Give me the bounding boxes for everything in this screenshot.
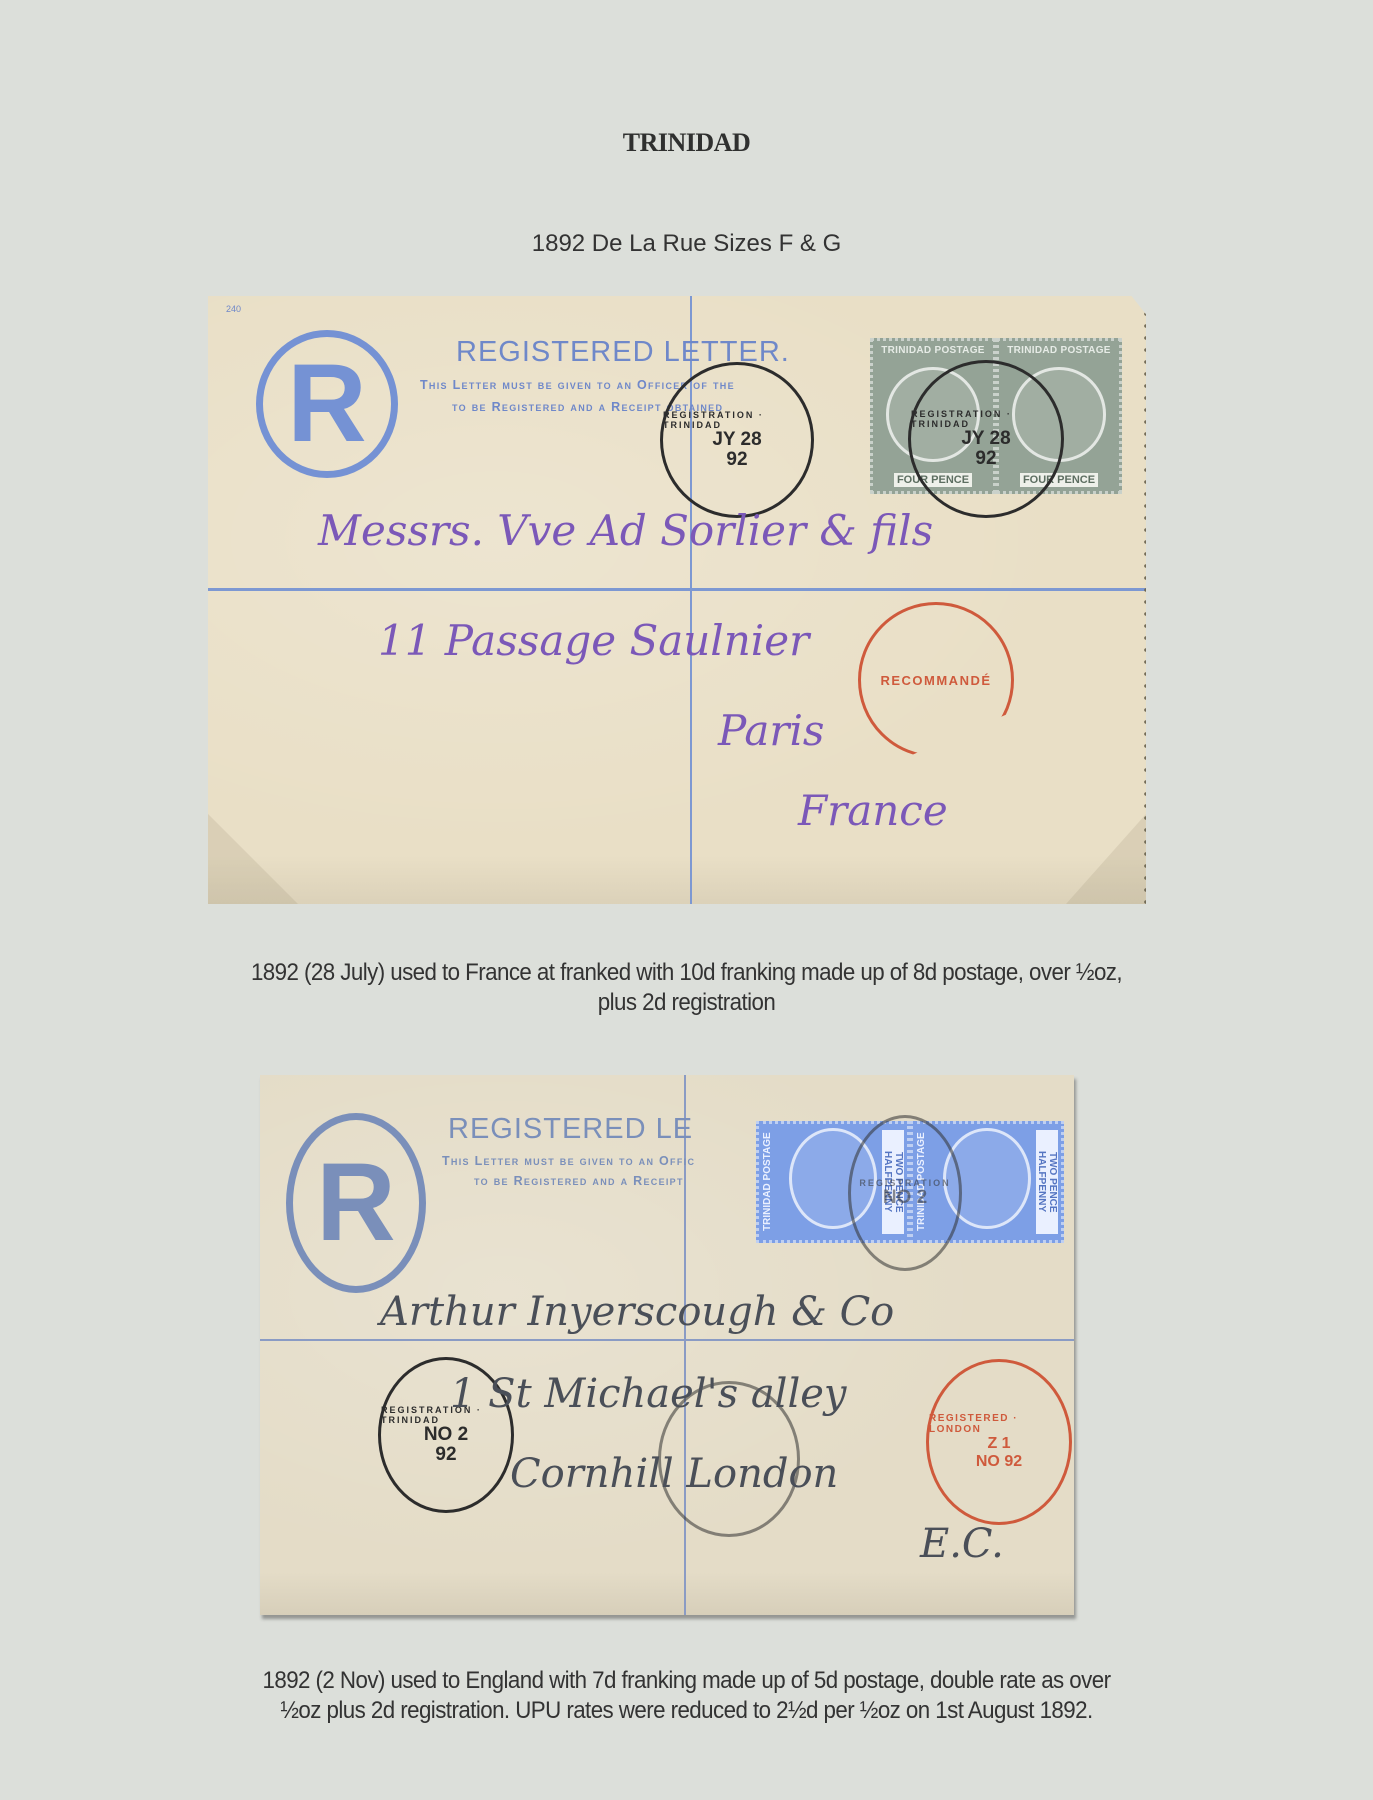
- address-line-4: E.C.: [920, 1521, 1004, 1567]
- cover-1-caption: 1892 (28 July) used to France at franked…: [48, 958, 1325, 1018]
- french-receiving-postmark: RECOMMANDÉ: [858, 602, 1014, 758]
- london-registered-postmark: REGISTERED · LONDON Z 1 NO 92: [926, 1359, 1072, 1525]
- instruction-line-1: This Letter must be given to an Offic: [442, 1154, 695, 1168]
- r-letter-icon: R: [287, 349, 366, 459]
- cover-2-caption: 1892 (2 Nov) used to England with 7d fra…: [48, 1666, 1325, 1726]
- r-letter-icon: R: [316, 1148, 395, 1258]
- corner-mark: 240: [226, 304, 241, 314]
- address-line-3: Paris: [718, 706, 824, 755]
- registration-postmark: REGISTRATION NO 2: [848, 1115, 962, 1271]
- registration-emblem: R: [256, 330, 398, 478]
- registered-letter-heading: REGISTERED LE: [448, 1113, 693, 1146]
- registered-envelope-england: R REGISTERED LE This Letter must be give…: [260, 1075, 1074, 1615]
- registration-postmark: REGISTRATION · TRINIDAD JY 28 92: [660, 362, 814, 518]
- address-line-2: 11 Passage Saulnier: [378, 616, 809, 665]
- perforated-edge: [1144, 296, 1148, 904]
- address-line-3: Cornhill London: [510, 1451, 838, 1497]
- address-line-2: 1 St Michael's alley: [450, 1371, 847, 1417]
- instruction-line-2: to be Registered and a Receipt: [474, 1174, 684, 1188]
- registration-emblem: R: [286, 1113, 426, 1293]
- horizontal-blue-line: [260, 1339, 1074, 1341]
- address-line-4: France: [798, 786, 948, 835]
- address-line-1: Messrs. Vve Ad Sorlier & fils: [318, 506, 933, 555]
- page-subtitle: 1892 De La Rue Sizes F & G: [0, 230, 1373, 258]
- address-line-1: Arthur Inyerscough & Co: [380, 1289, 894, 1335]
- page-title: TRINIDAD: [0, 128, 1373, 158]
- registered-envelope-france: 240 R REGISTERED LETTER. This Letter mus…: [208, 296, 1170, 904]
- registration-postmark: REGISTRATION · TRINIDAD JY 28 92: [908, 360, 1064, 518]
- fold-corner: [208, 814, 298, 904]
- fold-corner: [1066, 814, 1146, 904]
- horizontal-blue-line: [208, 588, 1170, 591]
